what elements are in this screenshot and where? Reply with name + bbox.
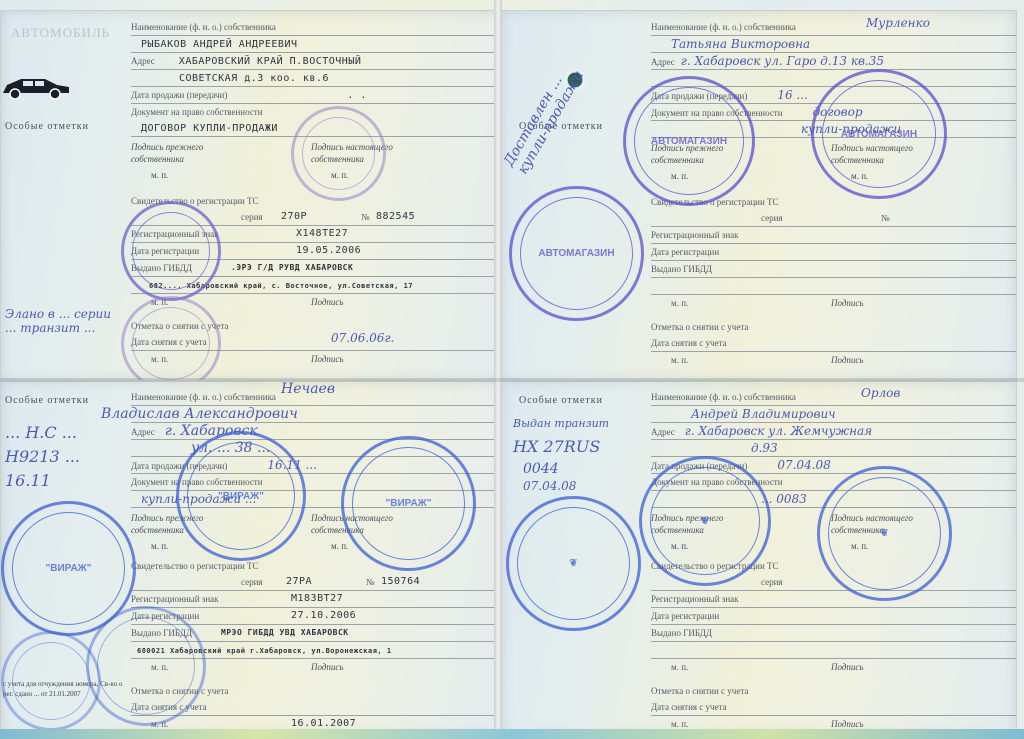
margin-note: Доставлен ... купли-продажи — [501, 57, 589, 177]
center-fold — [494, 0, 502, 739]
owner-name: РЫБАКОВ АНДРЕЙ АНДРЕЕВИЧ — [141, 39, 298, 50]
passport-spread: АВТОМОБИЛЬ Особые отметки Элано в ... се… — [0, 0, 1024, 739]
bottom-security-band — [0, 729, 1024, 739]
ghost-heading: АВТОМОБИЛЬ — [11, 25, 110, 41]
issued-by-row: Выдано ГИБДД — [651, 625, 1016, 642]
reg-date-row: Дата регистрации — [651, 244, 1016, 261]
stamp-faded-blue-2 — [1, 631, 101, 731]
dereg-date-value: 07.06.06г. — [331, 330, 394, 346]
owner-name-value-row: Владислав Александрович — [131, 406, 496, 423]
series-row: серия 27РА № 150764 — [131, 574, 496, 591]
page-bottom-right: Особые отметки Выдан транзит НХ 27RUS 00… — [500, 380, 1017, 737]
margin-note-1: Выдан транзит — [513, 417, 609, 430]
margin-note-4: 07.04.08 — [523, 479, 576, 493]
address-row: Адресг. Хабаровск ул. Гаро д.13 кв.35 — [651, 53, 1016, 70]
owner-name-row: Наименование (ф. и. о.) собственникаОрло… — [651, 389, 1016, 406]
owner-name-row: Наименование (ф. и. о.) собственникаМурл… — [651, 19, 1016, 36]
reg-plate-row: Регистрационный знакМ183ВТ27 — [131, 591, 496, 608]
stamp-avtomagazin-2: АВТОМАГАЗИН — [811, 69, 947, 199]
special-marks-label: Особые отметки — [5, 121, 89, 132]
car-logo-icon — [1, 71, 71, 101]
stamp-faded-blue — [86, 606, 206, 726]
reg-plate-value: Х148ТЕ27 — [296, 226, 348, 242]
signature-row: м. п.Подпись — [651, 659, 1016, 675]
stamp-virazh-2: "ВИРАЖ" — [341, 436, 476, 571]
number-value: 882545 — [376, 209, 415, 225]
dereg-row: Отметка о снятии с учета — [651, 683, 1016, 699]
signature-row: м. п.Подпись — [651, 295, 1016, 311]
margin-note-2: НХ 27RUS — [513, 437, 600, 456]
owner-name-row: Наименование (ф. и. о.) собственника — [131, 19, 496, 36]
address-line1: ХАБАРОВСКИЙ КРАЙ П.ВОСТОЧНЫЙ — [179, 56, 362, 67]
address-line2: СОВЕТСКАЯ д.3 коо. кв.6 — [179, 73, 329, 84]
dereg-date-row: Дата снятия с учета — [651, 335, 1016, 352]
issued-by-value: .ЭРЭ Г/Д РУВД ХАБАРОВСК — [231, 260, 353, 276]
series-value: 27РА — [286, 574, 312, 590]
owner-name-value-row: Татьяна Викторовна — [651, 36, 1016, 53]
margin-note: ... Н.С ... Н9213 ... 16.11 — [5, 421, 125, 493]
horizontal-fold — [0, 378, 1024, 382]
stamp-faded — [291, 106, 386, 201]
page-top-right: Особые отметки Доставлен ... купли-прода… — [500, 10, 1017, 382]
stamp-avtomagazin-3: АВТОМАГАЗИН — [509, 186, 644, 321]
stamp-purple-2 — [121, 296, 221, 391]
dereg-date-row: Дата снятия с учета — [651, 699, 1016, 716]
special-marks-label: Особые отметки — [519, 395, 603, 406]
address-row: Адресг. Хабаровск ул. Жемчужная — [651, 423, 1016, 440]
series-value: 270Р — [281, 209, 307, 225]
stamp-purple-1 — [121, 201, 221, 301]
reg-plate-value: М183ВТ27 — [291, 591, 343, 607]
number-value: 150764 — [381, 574, 420, 590]
dereg-row: Отметка о снятии с учета — [651, 319, 1016, 335]
stamp-virazh-1: "ВИРАЖ" — [176, 431, 306, 561]
stamp-ip-eagle-2: ❦ — [639, 456, 771, 586]
page-top-left: АВТОМОБИЛЬ Особые отметки Элано в ... се… — [0, 10, 512, 382]
stamp-ip-eagle-3: ❦ — [817, 466, 952, 601]
reg-date-value: 19.05.2006 — [296, 243, 361, 259]
sale-date-row: Дата продажи (передачи). . — [131, 87, 496, 104]
stamp-ip-eagle-1: ❦ — [506, 496, 641, 631]
issued-by-address-row — [651, 642, 1016, 659]
reg-plate-row: Регистрационный знак — [651, 591, 1016, 608]
issued-by-address-row — [651, 278, 1016, 295]
address-row-2: д.93 — [651, 440, 1016, 457]
reg-date-row: Дата регистрации — [651, 608, 1016, 625]
special-marks-label: Особые отметки — [5, 395, 89, 406]
page-bottom-left: Особые отметки ... Н.С ... Н9213 ... 16.… — [0, 380, 512, 737]
owner-name-row: Наименование (ф. и. о.) собственникаНеча… — [131, 389, 496, 406]
ownership-doc: ДОГОВОР КУПЛИ-ПРОДАЖИ — [141, 123, 278, 134]
owner-name-value-row: РЫБАКОВ АНДРЕЙ АНДРЕЕВИЧ — [131, 36, 496, 53]
address-row: АдресХАБАРОВСКИЙ КРАЙ П.ВОСТОЧНЫЙ — [131, 53, 496, 70]
series-row: серия№ — [651, 210, 1016, 227]
reg-plate-row: Регистрационный знак — [651, 227, 1016, 244]
margin-note: Элано в ... серии ... транзит ... — [5, 307, 125, 335]
margin-note-3: 0044 — [523, 461, 559, 477]
stamp-avtomagazin-1: АВТОМАГАЗИН — [623, 76, 755, 206]
address-row: Адресг. Хабаровск — [131, 423, 496, 440]
issued-by-row: Выдано ГИБДД — [651, 261, 1016, 278]
issued-by-value: МРЭО ГИБДД УВД ХАБАРОВСК — [221, 625, 349, 641]
signature-row-2: м. п.Подпись — [651, 352, 1016, 368]
owner-name-value-row: Андрей Владимирович — [651, 406, 1016, 423]
address-row-2: СОВЕТСКАЯ д.3 коо. кв.6 — [131, 70, 496, 87]
reg-date-value: 27.10.2006 — [291, 608, 356, 624]
